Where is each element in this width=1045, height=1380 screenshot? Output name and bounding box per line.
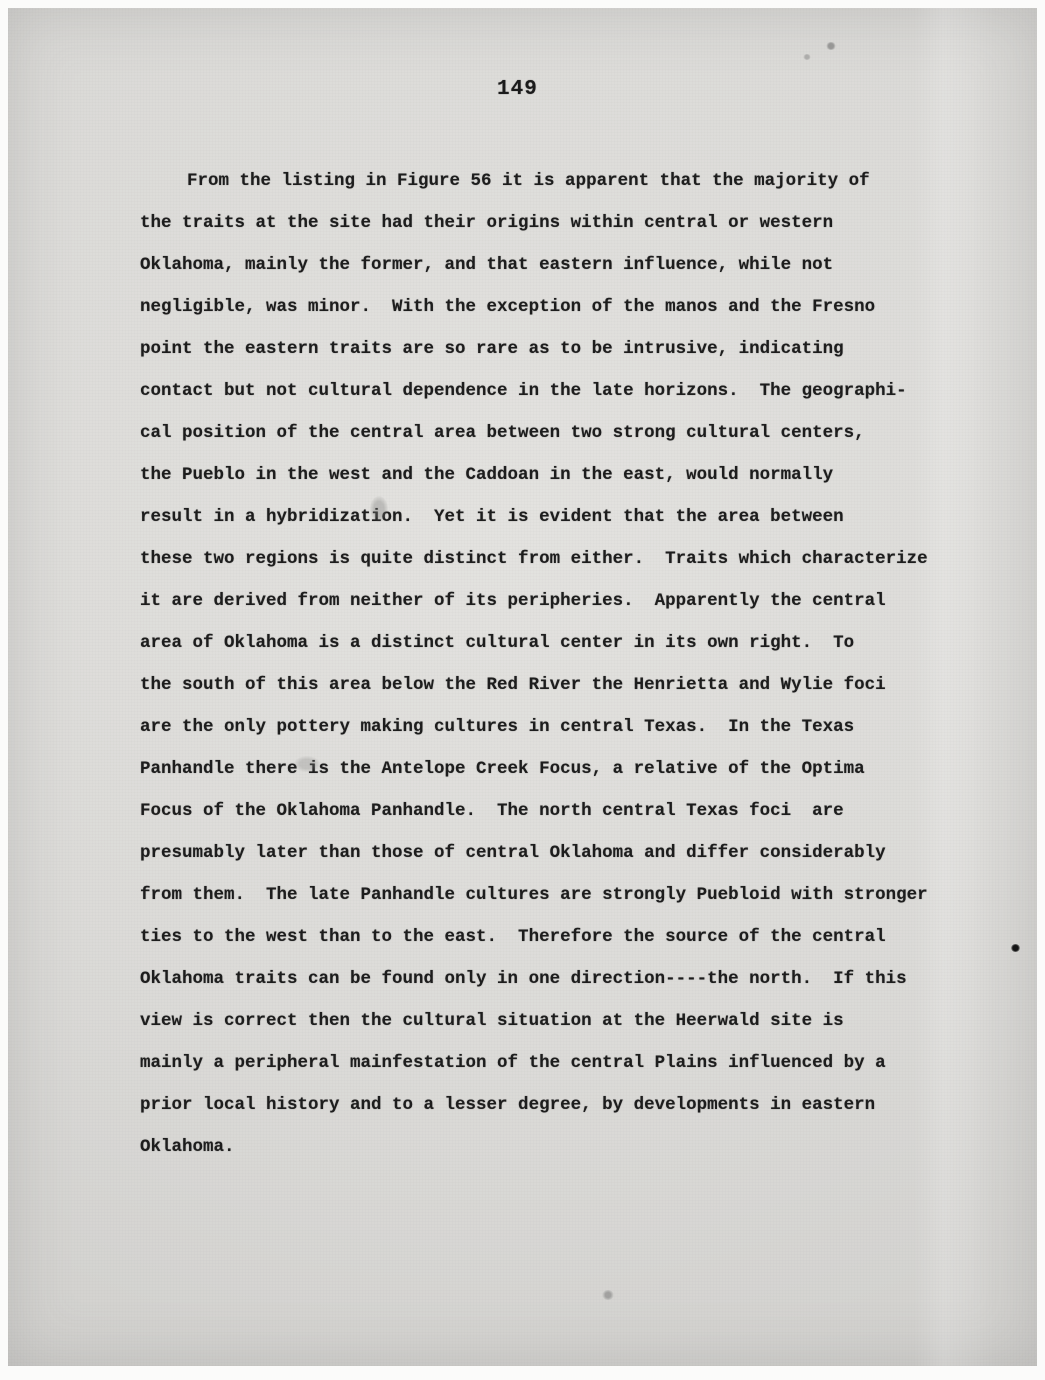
text-line: prior local history and to a lesser degr… (140, 1084, 960, 1126)
ink-speck (1011, 944, 1020, 952)
text-line: Oklahoma, mainly the former, and that ea… (140, 244, 960, 286)
text-line: result in a hybridization. Yet it is evi… (140, 496, 960, 538)
scan-smudge (294, 756, 320, 772)
text-line: ties to the west than to the east. There… (140, 916, 960, 958)
text-line: contact but not cultural dependence in t… (140, 370, 960, 412)
text-line: Oklahoma traits can be found only in one… (140, 958, 960, 1000)
scan-speck (826, 42, 836, 50)
text-line: are the only pottery making cultures in … (140, 706, 960, 748)
text-line: the traits at the site had their origins… (140, 202, 960, 244)
document-page: 149 From the listing in Figure 56 it is … (8, 8, 1037, 1366)
text-line: the Pueblo in the west and the Caddoan i… (140, 454, 960, 496)
scanned-document: 149 From the listing in Figure 56 it is … (0, 0, 1045, 1380)
text-line: point the eastern traits are so rare as … (140, 328, 960, 370)
text-line: Oklahoma. (140, 1126, 960, 1168)
text-line: the south of this area below the Red Riv… (140, 664, 960, 706)
text-line: it are derived from neither of its perip… (140, 580, 960, 622)
text-line: these two regions is quite distinct from… (140, 538, 960, 580)
text-line: mainly a peripheral mainfestation of the… (140, 1042, 960, 1084)
text-line: Panhandle there is the Antelope Creek Fo… (140, 748, 960, 790)
text-line: From the listing in Figure 56 it is appa… (140, 160, 960, 202)
scan-speck (803, 54, 811, 60)
text-line: area of Oklahoma is a distinct cultural … (140, 622, 960, 664)
text-line: view is correct then the cultural situat… (140, 1000, 960, 1042)
body-paragraph: From the listing in Figure 56 it is appa… (140, 160, 960, 1168)
text-line: presumably later than those of central O… (140, 832, 960, 874)
text-line: cal position of the central area between… (140, 412, 960, 454)
text-line: Focus of the Oklahoma Panhandle. The nor… (140, 790, 960, 832)
text-line: negligible, was minor. With the exceptio… (140, 286, 960, 328)
page-number: 149 (497, 78, 538, 101)
scan-speck (602, 1290, 614, 1300)
text-line: from them. The late Panhandle cultures a… (140, 874, 960, 916)
scan-smudge (370, 496, 388, 522)
